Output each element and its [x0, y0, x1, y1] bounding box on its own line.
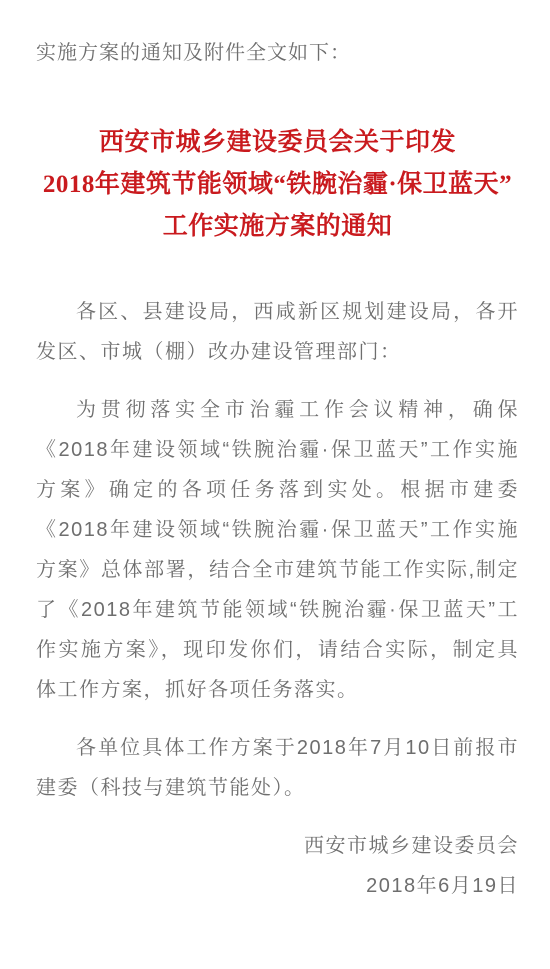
- main-body-paragraph: 为贯彻落实全市治霾工作会议精神，确保《2018年建设领域“铁腕治霾·保卫蓝天”工…: [36, 390, 519, 710]
- notice-article-page: 实施方案的通知及附件全文如下： 西安市城乡建设委员会关于印发 2018年建筑节能…: [0, 0, 550, 969]
- signature-block: 西安市城乡建设委员会 2018年6月19日: [36, 826, 519, 906]
- notice-title: 西安市城乡建设委员会关于印发 2018年建筑节能领域“铁腕治霾·保卫蓝天” 工作…: [36, 122, 519, 248]
- signature-date: 2018年6月19日: [36, 866, 519, 906]
- deadline-paragraph: 各单位具体工作方案于2018年7月10日前报市建委（科技与建筑节能处）。: [36, 728, 519, 808]
- notice-title-line-3: 工作实施方案的通知: [36, 206, 519, 248]
- notice-title-line-2: 2018年建筑节能领域“铁腕治霾·保卫蓝天”: [36, 164, 519, 206]
- signature-org: 西安市城乡建设委员会: [36, 826, 519, 866]
- intro-text: 实施方案的通知及附件全文如下：: [36, 40, 519, 66]
- salutation-paragraph: 各区、县建设局，西咸新区规划建设局，各开发区、市城（棚）改办建设管理部门：: [36, 292, 519, 372]
- notice-title-line-1: 西安市城乡建设委员会关于印发: [36, 122, 519, 164]
